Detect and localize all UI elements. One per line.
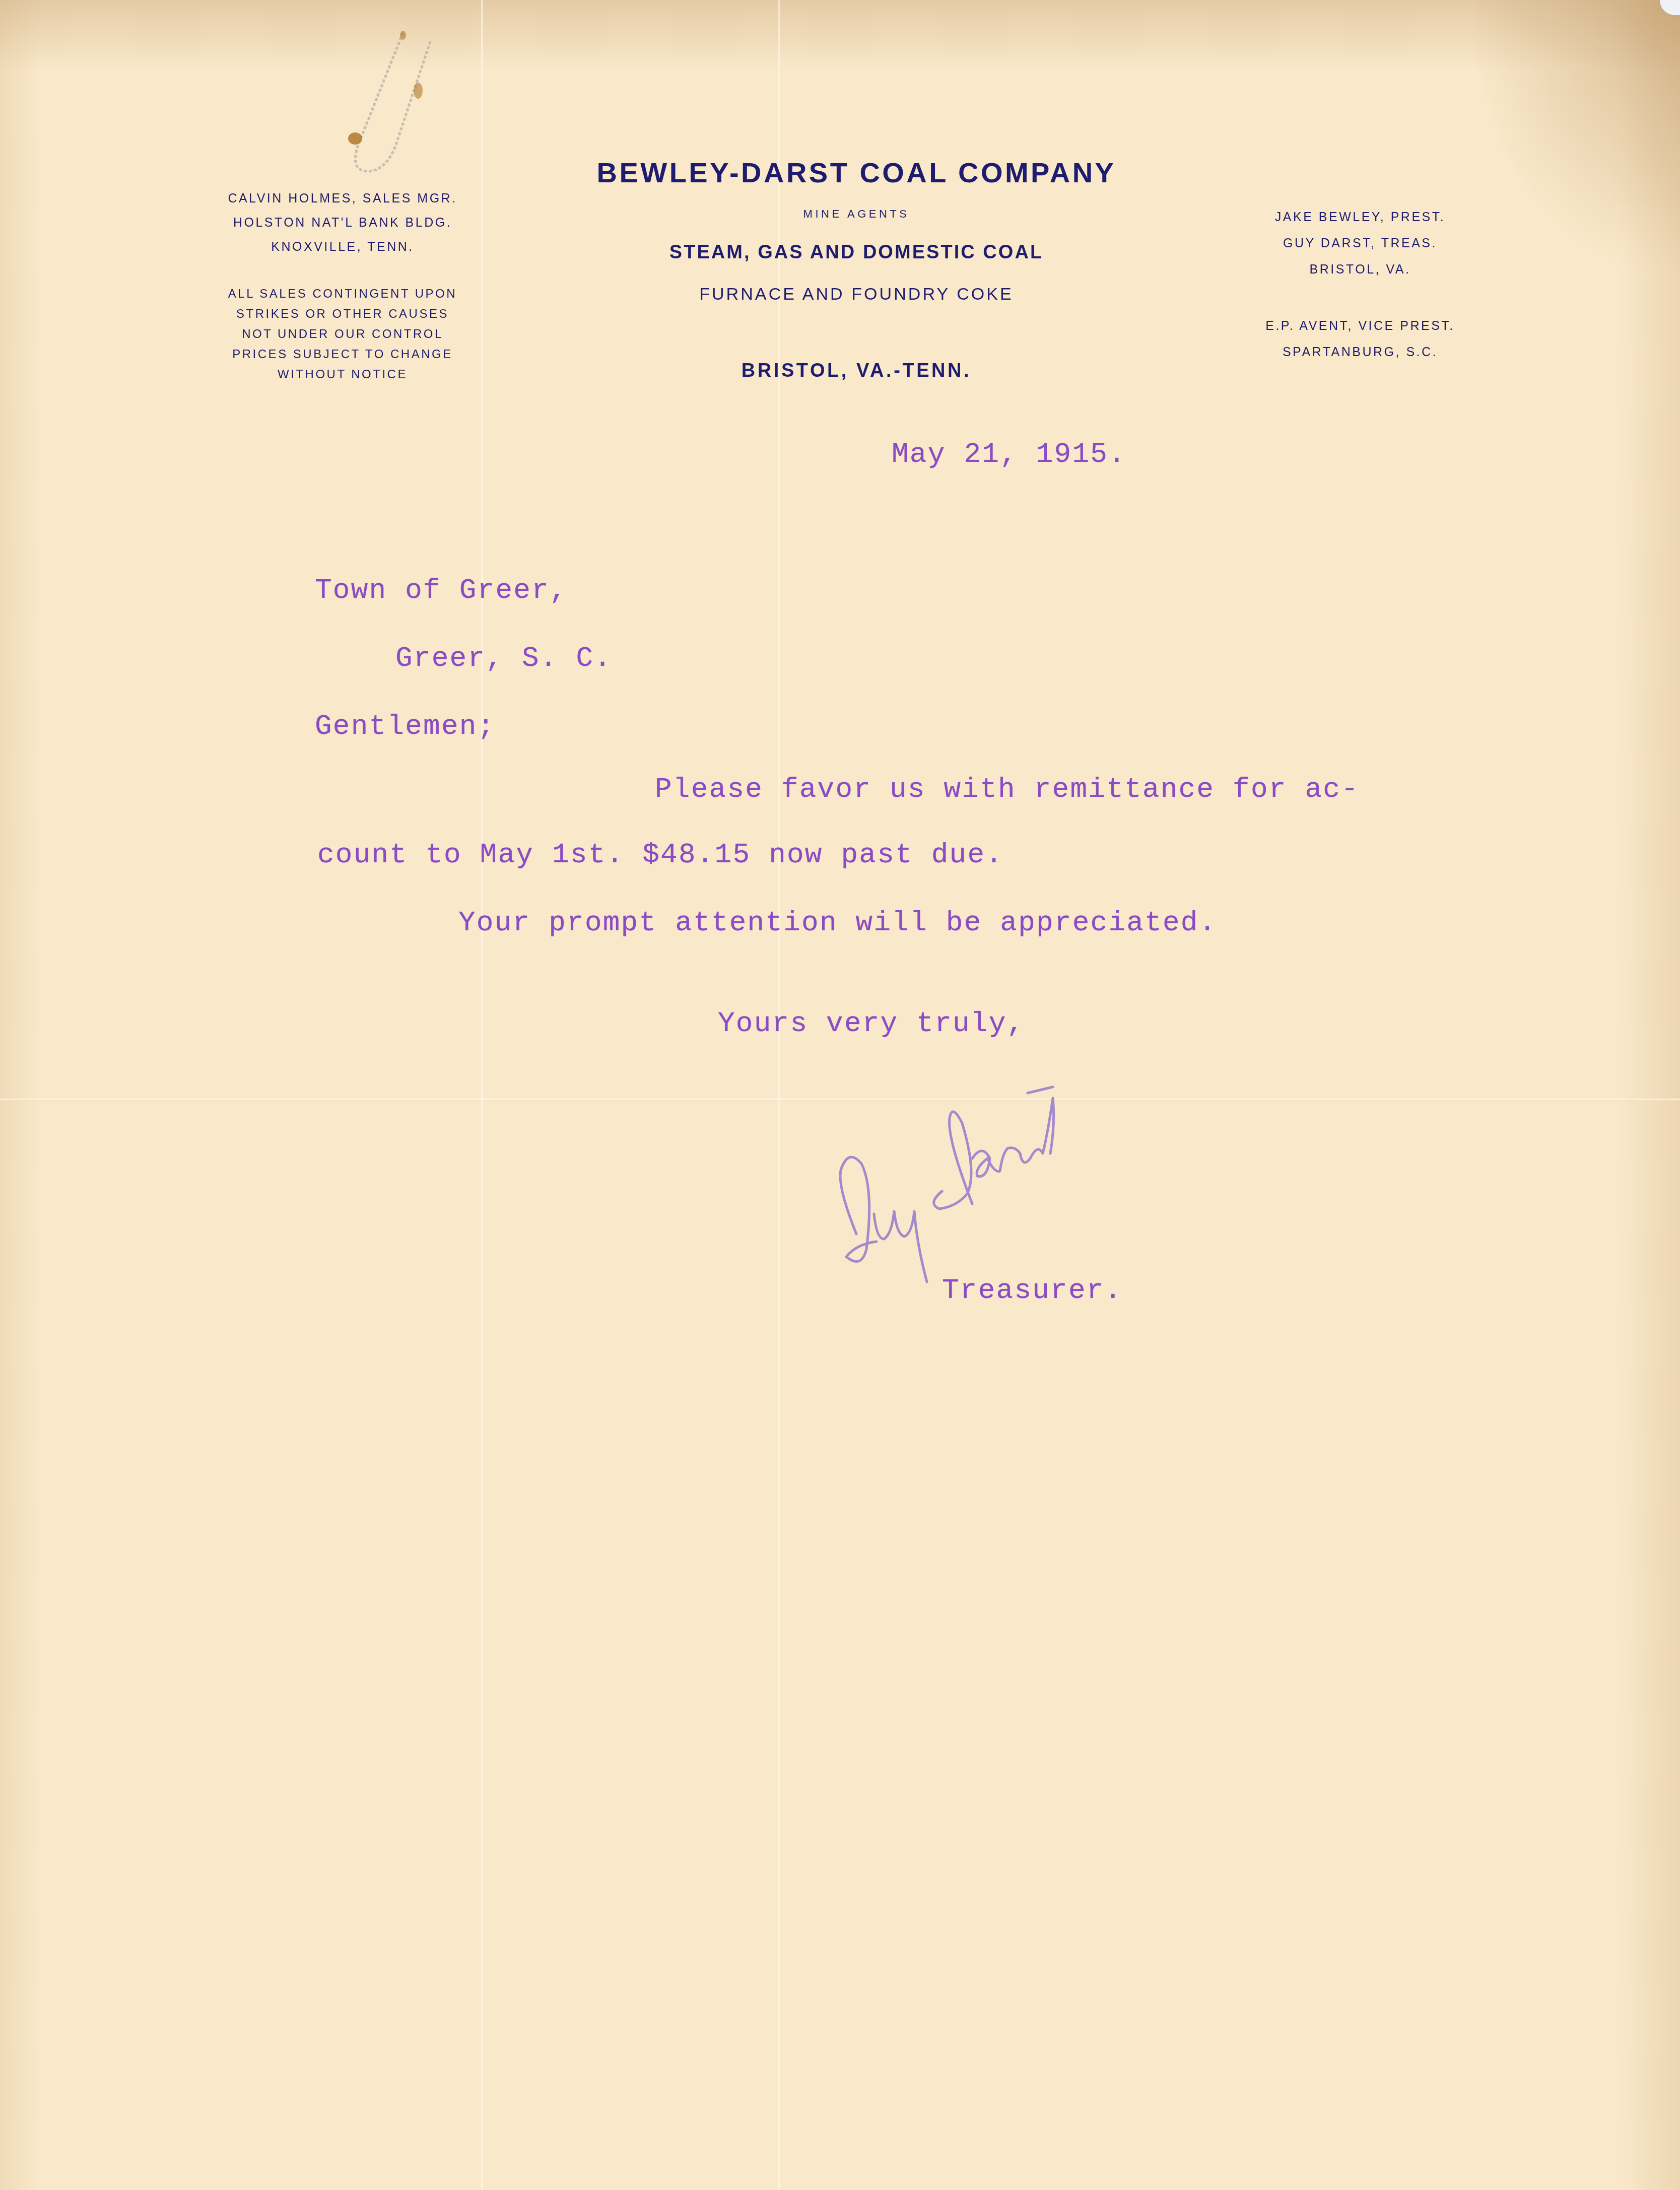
paperclip-stain-icon [338, 30, 438, 176]
body-text-line: Please favor us with remittance for ac- [655, 773, 1359, 805]
officers-city: BRISTOL, VA. [1239, 256, 1481, 283]
president-name: JAKE BEWLEY, PREST. [1239, 204, 1481, 230]
terms-notice-line: NOT UNDER OUR CONTROL [191, 324, 494, 345]
sales-office-building: HOLSTON NAT'L BANK BLDG. [191, 211, 494, 235]
company-name: BEWLEY-DARST COAL COMPANY [529, 156, 1184, 189]
terms-notice-line: WITHOUT NOTICE [191, 365, 494, 385]
products-line-coke: FURNACE AND FOUNDRY COKE [529, 285, 1184, 304]
letterhead-left-block: CALVIN HOLMES, SALES MGR. HOLSTON NAT'L … [191, 186, 494, 385]
vertical-crease [778, 0, 780, 2190]
company-tagline: MINE AGENTS [529, 208, 1184, 221]
sales-manager-name: CALVIN HOLMES, SALES MGR. [191, 186, 494, 211]
salutation: Gentlemen; [315, 710, 495, 742]
signer-title: Treasurer. [942, 1274, 1122, 1307]
vice-president-city: SPARTANBURG, S.C. [1239, 339, 1481, 365]
recipient-name: Town of Greer, [315, 574, 568, 606]
vice-president-name: E.P. AVENT, VICE PREST. [1239, 313, 1481, 339]
terms-notice-line: ALL SALES CONTINGENT UPON [191, 284, 494, 304]
terms-notice-line: PRICES SUBJECT TO CHANGE [191, 345, 494, 365]
treasurer-name: GUY DARST, TREAS. [1239, 230, 1481, 256]
sales-office-city: KNOXVILLE, TENN. [191, 235, 494, 259]
terms-notice-line: STRIKES OR OTHER CAUSES [191, 304, 494, 324]
handwritten-signature-icon [826, 1083, 1209, 1294]
company-city: BRISTOL, VA.-TENN. [529, 360, 1184, 382]
body-text-line: count to May 1st. $48.15 now past due. [317, 839, 1003, 871]
products-line-coal: STEAM, GAS AND DOMESTIC COAL [529, 242, 1184, 263]
complimentary-close: Yours very truly, [718, 1007, 1025, 1040]
recipient-address: Greer, S. C. [395, 642, 612, 674]
body-text-line: Your prompt attention will be appreciate… [458, 907, 1217, 939]
letterhead-right-block: JAKE BEWLEY, PREST. GUY DARST, TREAS. BR… [1239, 204, 1481, 365]
letter-date: May 21, 1915. [892, 438, 1126, 470]
